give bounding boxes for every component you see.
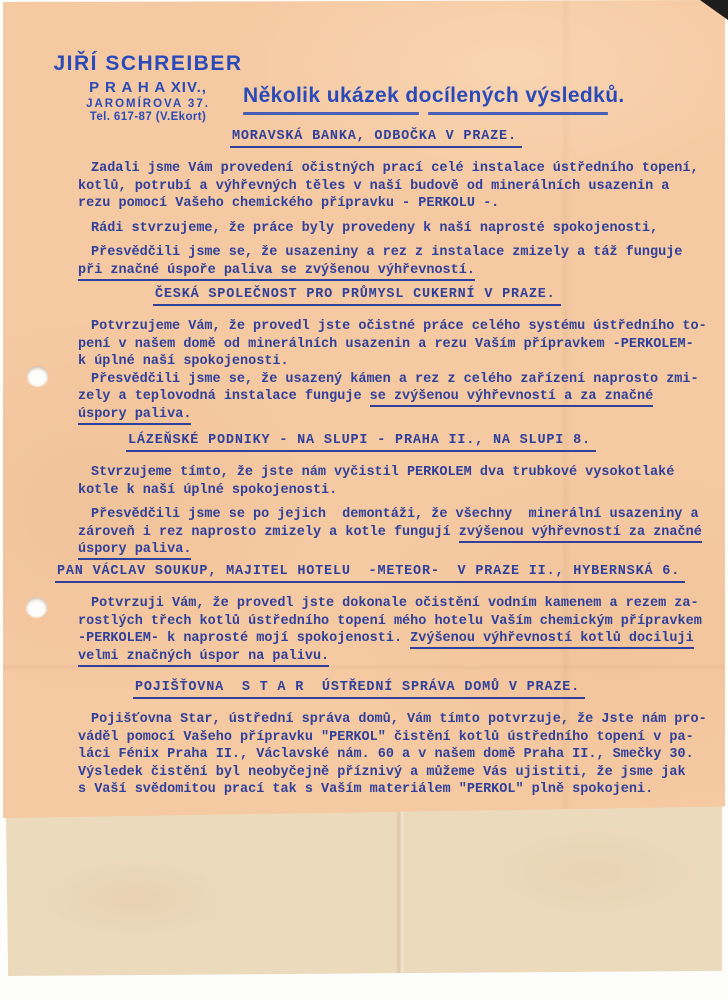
- section-heading: PAN VÁCLAV SOUKUP, MAJITEL HOTELU -METEO…: [55, 564, 685, 583]
- section-5: POJIŠŤOVNA S T A R ÚSTŘEDNÍ SPRÁVA DOMŮ …: [78, 677, 718, 799]
- paragraph: Zadali jsme Vám provedení očistných prac…: [78, 160, 718, 213]
- paragraph: Potvrzujeme Vám, že provedl jste očistné…: [78, 318, 718, 371]
- text-line: při značné úspoře paliva se zvýšenou výh…: [78, 262, 718, 280]
- paragraph: Přesvědčili jsme se, že usazeniny a rez …: [78, 244, 718, 279]
- text-line: Výsledek čistění byl neobyčejně příznivý…: [78, 764, 718, 782]
- paragraph: Rádi stvrzujeme, že práce byly provedeny…: [78, 220, 718, 238]
- text-line: Přesvědčili jsme se po jejich demontáži,…: [78, 506, 718, 524]
- text-line: kotlů, potrubí a výhřevných těles v naší…: [78, 178, 718, 196]
- text-line: Přesvědčili jsme se, že usazeniny a rez …: [78, 244, 718, 262]
- section-4: PAN VÁCLAV SOUKUP, MAJITEL HOTELU -METEO…: [78, 561, 718, 665]
- section-2: ČESKÁ SPOLEČNOST PRO PRŮMYSL CUKERNÍ V P…: [78, 284, 718, 423]
- section-1: MORAVSKÁ BANKA, ODBOČKA V PRAZE.Zadali j…: [78, 126, 718, 279]
- text-line: váděl pomocí Vašeho přípravku "PERKOL" č…: [78, 729, 718, 747]
- paragraph: Potvrzuji Vám, že provedl jste dokonale …: [78, 595, 718, 665]
- text-line: úspory paliva.: [78, 541, 718, 559]
- section-heading: POJIŠŤOVNA S T A R ÚSTŘEDNÍ SPRÁVA DOMŮ …: [133, 680, 585, 699]
- text-line: Pojišťovna Star, ústřední správa domů, V…: [78, 711, 718, 729]
- text-line: Potvrzujeme Vám, že provedl jste očistné…: [78, 318, 718, 336]
- paragraph: Přesvědčili jsme se po jejich demontáži,…: [78, 506, 718, 559]
- punch-hole-bottom: [26, 597, 47, 617]
- section-heading: ČESKÁ SPOLEČNOST PRO PRŮMYSL CUKERNÍ V P…: [153, 287, 561, 306]
- text-line: k úplné naší spokojenosti.: [78, 353, 718, 371]
- paragraph: Přesvědčili jsme se, že usazený kámen a …: [78, 371, 718, 424]
- text-line: s Vaší svědomitou prací tak s Vaším mate…: [78, 781, 718, 799]
- text-line: Zadali jsme Vám provedení očistných prac…: [78, 160, 718, 178]
- paragraph: Stvrzujeme tímto, že jste nám vyčistil P…: [78, 464, 718, 499]
- text-line: láci Fénix Praha II., Václavské nám. 60 …: [78, 746, 718, 764]
- folded-paper-strip: [6, 804, 722, 976]
- text-line: zároveň i rez naprosto zmizely a kotle f…: [78, 524, 718, 542]
- section-3: LÁZEŇSKÉ PODNIKY - NA SLUPI - PRAHA II.,…: [78, 430, 718, 559]
- text-line: kotle k naší úplné spokojenosti.: [78, 482, 718, 500]
- punch-hole-top: [27, 366, 48, 386]
- text-line: rezu pomocí Vašeho chemického přípravku …: [78, 195, 718, 213]
- text-line: -PERKOLEM- k naprosté mojí spokojenosti.…: [78, 630, 718, 648]
- text-line: velmi značných úspor na palivu.: [78, 648, 718, 666]
- section-heading: LÁZEŇSKÉ PODNIKY - NA SLUPI - PRAHA II.,…: [126, 433, 596, 452]
- text-line: rostlých třech kotlů ústředního topení m…: [78, 613, 718, 631]
- sections: MORAVSKÁ BANKA, ODBOČKA V PRAZE.Zadali j…: [0, 0, 728, 818]
- text-line: Potvrzuji Vám, že provedl jste dokonale …: [78, 595, 718, 613]
- text-line: Přesvědčili jsme se, že usazený kámen a …: [78, 371, 718, 389]
- paragraph: Pojišťovna Star, ústřední správa domů, V…: [78, 711, 718, 799]
- text-line: úspory paliva.: [78, 406, 718, 424]
- text-line: Stvrzujeme tímto, že jste nám vyčistil P…: [78, 464, 718, 482]
- text-line: Rádi stvrzujeme, že práce byly provedeny…: [78, 220, 718, 238]
- text-line: pení v našem domě od minerálních usazeni…: [78, 336, 718, 354]
- scanned-letter-page: JIŘÍ SCHREIBER P R A H A XIV., JAROMÍROV…: [0, 0, 728, 1000]
- text-line: zely a teplovodná instalace funguje se z…: [78, 388, 718, 406]
- section-heading: MORAVSKÁ BANKA, ODBOČKA V PRAZE.: [230, 129, 522, 148]
